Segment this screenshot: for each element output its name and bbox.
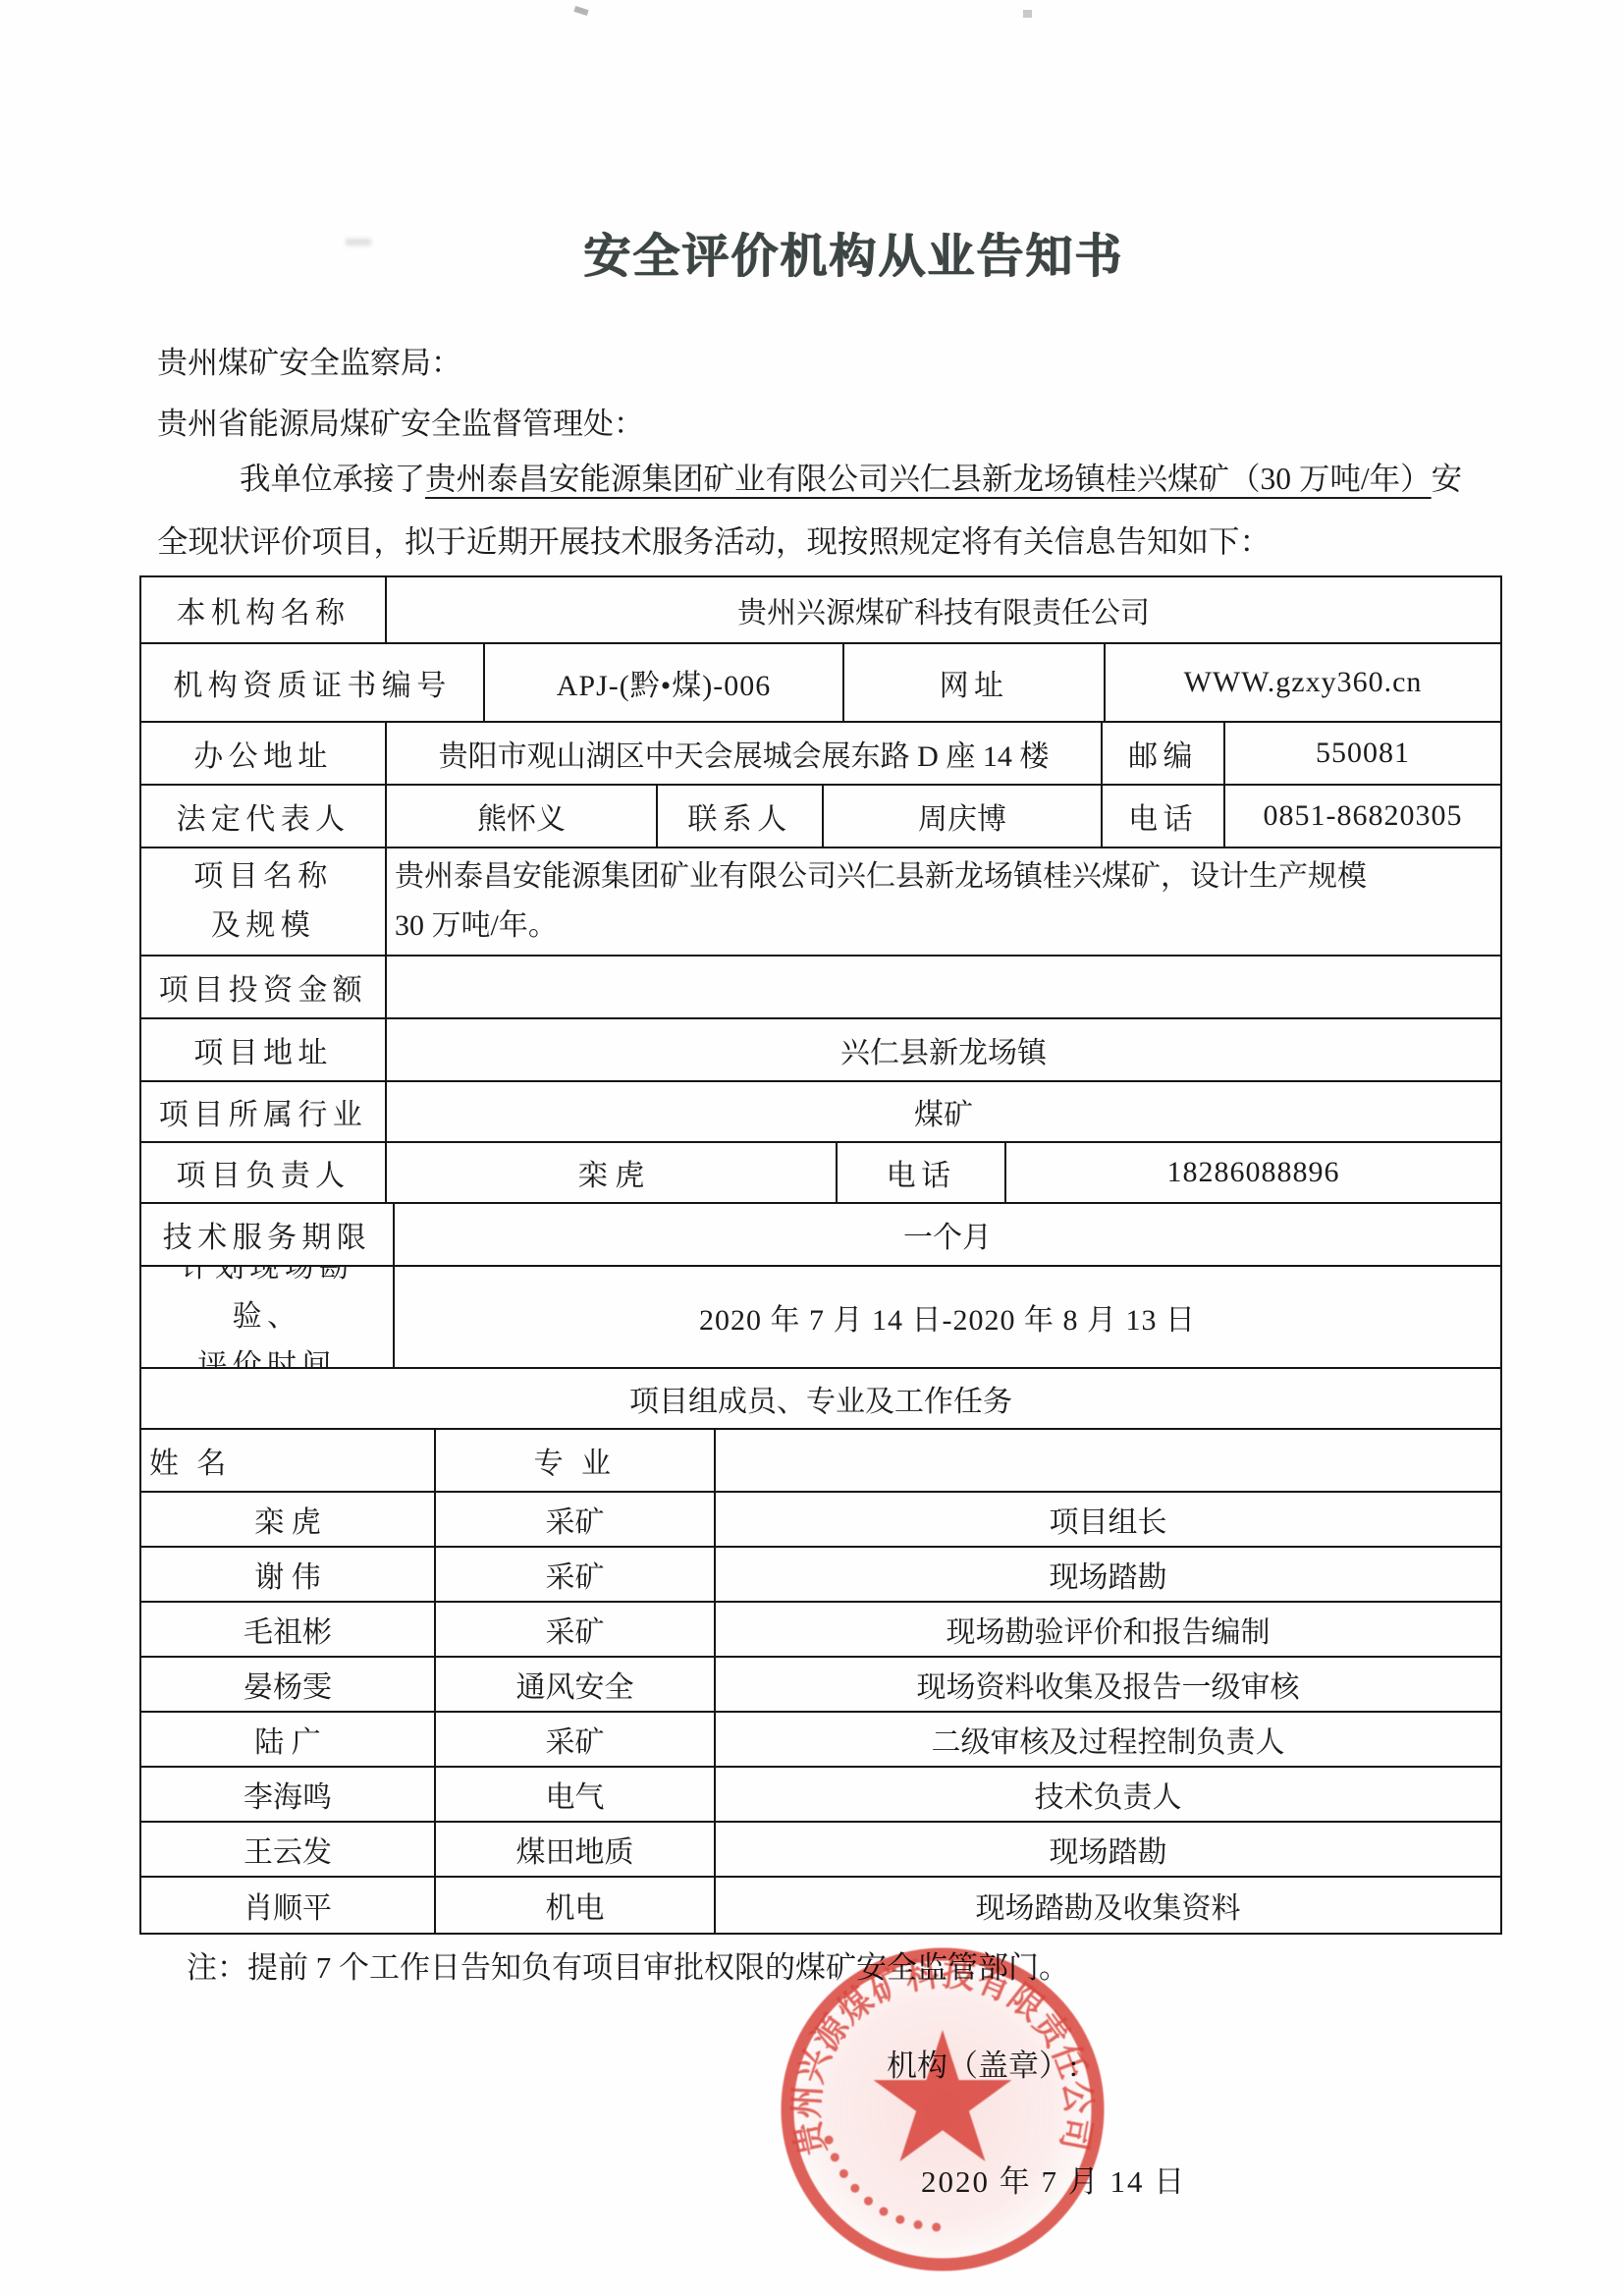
cert-label: 机构资质证书编号	[141, 644, 485, 721]
legal-rep-value: 熊怀义	[387, 786, 658, 847]
duration-label: 技术服务期限	[141, 1204, 395, 1265]
duration-value: 一个月	[395, 1204, 1500, 1265]
member-major: 电气	[436, 1768, 716, 1821]
member-major: 采矿	[436, 1713, 716, 1766]
member-row: 晏杨雯 通风安全 现场资料收集及报告一级审核	[141, 1658, 1500, 1713]
scan-artifact	[1023, 10, 1032, 18]
table-row-legal-rep: 法定代表人 熊怀义 联系人 周庆博 电话 0851-86820305	[141, 786, 1500, 848]
member-task: 现场资料收集及报告一级审核	[716, 1658, 1500, 1711]
leader-value: 栾 虎	[387, 1143, 838, 1202]
member-task: 项目组长	[716, 1493, 1500, 1546]
member-name: 王云发	[141, 1823, 436, 1876]
table-row-org-name: 本机构名称 贵州兴源煤矿科技有限责任公司	[141, 577, 1500, 644]
table-row-team-header: 项目组成员、专业及工作任务	[141, 1369, 1500, 1430]
phone-value: 0851-86820305	[1225, 786, 1500, 847]
website-label: 网址	[844, 644, 1106, 721]
table-row-investment: 项目投资金额	[141, 957, 1500, 1019]
member-name: 陆 广	[141, 1713, 436, 1766]
member-major: 通风安全	[436, 1658, 716, 1711]
schedule-label-line1: 计划现场勘验、	[149, 1267, 385, 1341]
member-task: 二级审核及过程控制负责人	[716, 1713, 1500, 1766]
team-header: 项目组成员、专业及工作任务	[141, 1369, 1500, 1428]
member-task: 技术负责人	[716, 1768, 1500, 1821]
page-title: 安全评价机构从业告知书	[583, 218, 1123, 286]
project-value-line1: 贵州泰昌安能源集团矿业有限公司兴仁县新龙场镇桂兴煤矿，设计生产规模	[395, 852, 1492, 902]
body-line1-prefix: 我单位承接了	[240, 462, 425, 496]
legal-rep-label: 法定代表人	[141, 786, 387, 847]
body-line-1: 我单位承接了贵州泰昌安能源集团矿业有限公司兴仁县新龙场镇桂兴煤矿（30 万吨/年…	[157, 458, 1522, 520]
info-table: 本机构名称 贵州兴源煤矿科技有限责任公司 机构资质证书编号 APJ-(黔•煤)-…	[139, 575, 1502, 1935]
member-name: 李海鸣	[141, 1768, 436, 1821]
table-row-leader: 项目负责人 栾 虎 电话 18286088896	[141, 1143, 1500, 1204]
underlined-project-name: 贵州泰昌安能源集团矿业有限公司兴仁县新龙场镇桂兴煤矿（30 万吨/年）	[425, 462, 1432, 496]
member-name: 谢 伟	[141, 1548, 436, 1601]
body-paragraph: 我单位承接了贵州泰昌安能源集团矿业有限公司兴仁县新龙场镇桂兴煤矿（30 万吨/年…	[157, 458, 1522, 583]
member-row: 栾 虎 采矿 项目组长	[141, 1493, 1500, 1548]
table-row-site: 项目地址 兴仁县新龙场镇	[141, 1019, 1500, 1082]
table-row-duration: 技术服务期限 一个月	[141, 1204, 1500, 1267]
member-name: 栾 虎	[141, 1493, 436, 1546]
schedule-label: 计划现场勘验、 评价时间	[141, 1267, 395, 1367]
table-row-industry: 项目所属行业 煤矿	[141, 1082, 1500, 1143]
zip-value: 550081	[1225, 723, 1500, 784]
industry-label: 项目所属行业	[141, 1082, 387, 1141]
project-label-line2: 及规模	[149, 902, 377, 951]
leader-label: 项目负责人	[141, 1143, 387, 1202]
scan-artifact	[573, 6, 588, 16]
site-value: 兴仁县新龙场镇	[387, 1019, 1500, 1080]
cert-no-value: APJ-(黔•煤)-006	[485, 644, 844, 721]
contact-value: 周庆博	[824, 786, 1103, 847]
official-stamp: 贵州兴源煤矿科技有限责任公司	[774, 1941, 1111, 2278]
phone-label: 电话	[1103, 786, 1225, 847]
member-row: 李海鸣 电气 技术负责人	[141, 1768, 1500, 1823]
member-major: 采矿	[436, 1493, 716, 1546]
leader-phone-label: 电话	[838, 1143, 1006, 1202]
body-line-2: 全现状评价项目，拟于近期开展技术服务活动，现按照规定将有关信息告知如下：	[157, 520, 1522, 583]
project-value-line2: 30 万吨/年。	[395, 902, 1492, 951]
investment-value	[387, 957, 1500, 1017]
member-row: 陆 广 采矿 二级审核及过程控制负责人	[141, 1713, 1500, 1768]
member-row: 谢 伟 采矿 现场踏勘	[141, 1548, 1500, 1603]
investment-label: 项目投资金额	[141, 957, 387, 1017]
member-major: 采矿	[436, 1603, 716, 1656]
table-row-project: 项目名称 及规模 贵州泰昌安能源集团矿业有限公司兴仁县新龙场镇桂兴煤矿，设计生产…	[141, 848, 1500, 957]
website-value: WWW.gzxy360.cn	[1106, 644, 1500, 721]
name-column-header: 姓 名	[141, 1430, 436, 1491]
recipient-line-2: 贵州省能源局煤矿安全监督管理处：	[157, 399, 644, 443]
contact-label: 联系人	[658, 786, 824, 847]
member-task: 现场勘验评价和报告编制	[716, 1603, 1500, 1656]
table-row-cert: 机构资质证书编号 APJ-(黔•煤)-006 网址 WWW.gzxy360.cn	[141, 644, 1500, 723]
member-row: 毛祖彬 采矿 现场勘验评价和报告编制	[141, 1603, 1500, 1658]
member-major: 机电	[436, 1878, 716, 1933]
member-name: 晏杨雯	[141, 1658, 436, 1711]
project-label-line1: 项目名称	[149, 852, 377, 902]
project-value: 贵州泰昌安能源集团矿业有限公司兴仁县新龙场镇桂兴煤矿，设计生产规模 30 万吨/…	[387, 848, 1500, 955]
member-task: 现场踏勘	[716, 1823, 1500, 1876]
industry-value: 煤矿	[387, 1082, 1500, 1141]
table-row-column-headers: 姓 名 专 业	[141, 1430, 1500, 1493]
member-major: 采矿	[436, 1548, 716, 1601]
member-name: 肖顺平	[141, 1878, 436, 1933]
member-name: 毛祖彬	[141, 1603, 436, 1656]
member-task: 现场踏勘及收集资料	[716, 1878, 1500, 1933]
member-row: 王云发 煤田地质 现场踏勘	[141, 1823, 1500, 1878]
task-column-header	[716, 1430, 1500, 1491]
table-row-schedule: 计划现场勘验、 评价时间 2020 年 7 月 14 日-2020 年 8 月 …	[141, 1267, 1500, 1369]
member-task: 现场踏勘	[716, 1548, 1500, 1601]
office-address-value: 贵阳市观山湖区中天会展城会展东路 D 座 14 楼	[387, 723, 1103, 784]
zip-label: 邮编	[1103, 723, 1225, 784]
leader-phone-value: 18286088896	[1006, 1143, 1500, 1202]
major-column-header: 专 业	[436, 1430, 716, 1491]
table-row-office: 办公地址 贵阳市观山湖区中天会展城会展东路 D 座 14 楼 邮编 550081	[141, 723, 1500, 786]
schedule-value: 2020 年 7 月 14 日-2020 年 8 月 13 日	[395, 1267, 1500, 1367]
member-major: 煤田地质	[436, 1823, 716, 1876]
recipient-line-1: 贵州煤矿安全监察局：	[157, 338, 461, 382]
site-label: 项目地址	[141, 1019, 387, 1080]
member-row: 肖顺平 机电 现场踏勘及收集资料	[141, 1878, 1500, 1933]
office-label: 办公地址	[141, 723, 387, 784]
project-label: 项目名称 及规模	[141, 848, 387, 955]
scan-artifact	[346, 239, 371, 246]
scanned-document-page: 安全评价机构从业告知书 贵州煤矿安全监察局： 贵州省能源局煤矿安全监督管理处： …	[0, 0, 1623, 2296]
org-name-value: 贵州兴源煤矿科技有限责任公司	[387, 577, 1500, 642]
body-line1-suffix: 安	[1432, 462, 1463, 496]
org-name-label: 本机构名称	[141, 577, 387, 642]
schedule-label-line2: 评价时间	[149, 1341, 385, 1367]
